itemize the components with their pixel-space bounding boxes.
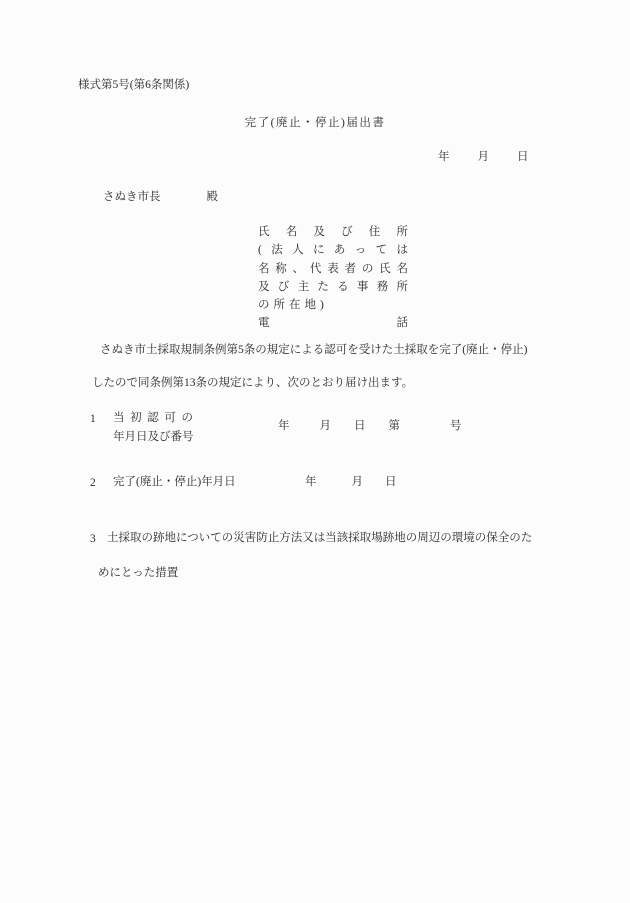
- date-month-label: 月: [478, 152, 490, 164]
- item-1-day-label: 日: [354, 421, 366, 433]
- item-2-day-label: 日: [385, 477, 397, 489]
- applicant-name-address-label: 氏名及び住所: [258, 227, 408, 239]
- item-2-blank-fields: 年 月 日: [305, 477, 397, 489]
- body-line-1: さぬき市土採取規制条例第5条の規定による認可を受けた土採取を完了(廃止・停止): [92, 345, 527, 357]
- item-1-number: 1: [90, 414, 96, 426]
- date-year-label: 年: [438, 152, 450, 164]
- applicant-corporate-note-line4: の所在地): [258, 300, 408, 312]
- addressee-line: さぬき市長 殿: [103, 192, 218, 204]
- item-1-blank-fields: 年 月 日 第 号: [278, 421, 462, 433]
- form-number: 様式第5号(第6条関係): [78, 80, 189, 92]
- applicant-corporate-note-line1: (法人にあっては: [258, 245, 408, 257]
- item-3-text-line2: めにとった措置: [98, 568, 178, 580]
- item-1-month-label: 月: [320, 421, 332, 433]
- addressee-name: さぬき市長: [103, 192, 161, 204]
- date-day-label: 日: [517, 152, 529, 164]
- item-1-label-line2: 年月日及び番号: [113, 432, 194, 444]
- item-3-number: 3: [90, 534, 96, 546]
- item-2-month-label: 月: [352, 477, 364, 489]
- applicant-corporate-note-line3: 及び主たる事務所: [258, 282, 408, 294]
- telephone-label-right: 話: [397, 318, 409, 330]
- item-3-text-line1: 土採取の跡地についての災害防止方法又は当該採取場跡地の周辺の環境の保全のた: [107, 533, 532, 545]
- applicant-telephone-line: 電 話: [258, 318, 408, 330]
- body-line-2: したので同条例第13条の規定により、次のとおり届け出ます。: [92, 378, 413, 390]
- telephone-label-left: 電: [258, 318, 270, 330]
- submission-date-line: 年 月 日: [438, 152, 529, 164]
- addressee-honorific: 殿: [207, 192, 219, 204]
- item-1-year-label: 年: [278, 421, 290, 433]
- item-1-no-suffix-label: 号: [450, 421, 462, 433]
- item-1-no-prefix-label: 第: [389, 421, 401, 433]
- document-page: { "page": { "background": "#fcfcfc", "te…: [0, 0, 630, 903]
- applicant-corporate-note-line2: 名称、代表者の氏名: [258, 264, 408, 276]
- item-2-label: 完了(廃止・停止)年月日: [113, 477, 236, 489]
- document-title: 完了(廃止・停止)届出書: [0, 118, 630, 130]
- item-2-number: 2: [90, 478, 96, 490]
- item-2-year-label: 年: [305, 477, 317, 489]
- item-1-label-line1: 当初認可の: [113, 413, 193, 425]
